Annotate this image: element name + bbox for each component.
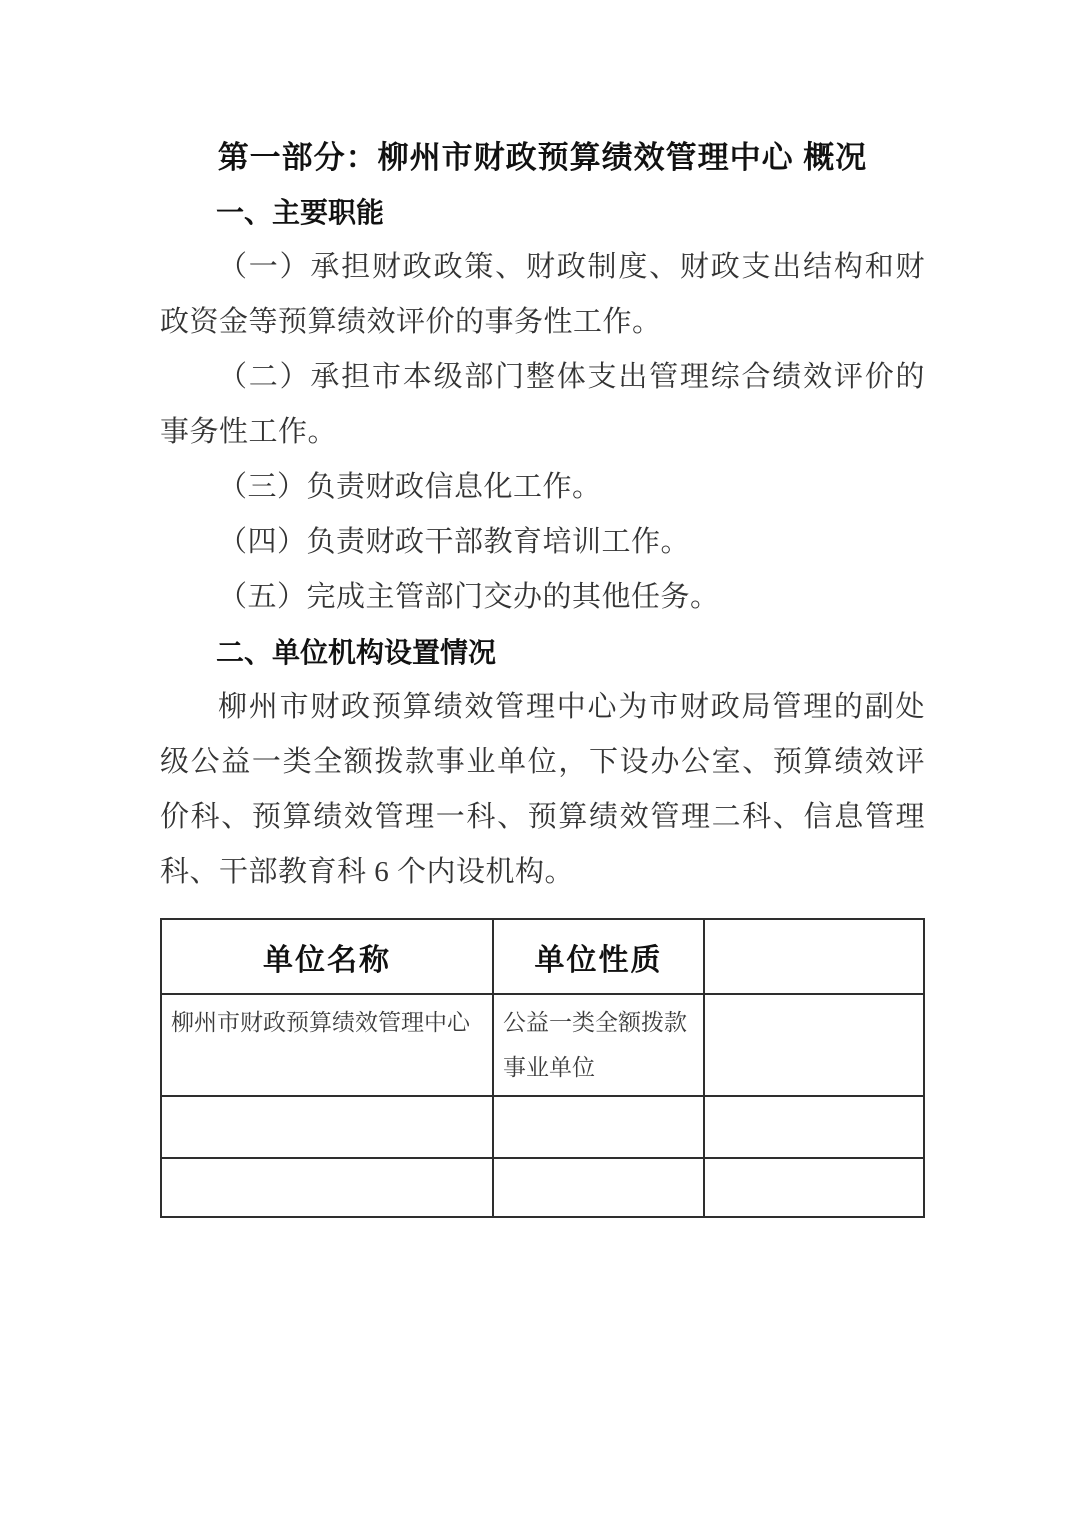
table-header-blank [704, 919, 924, 994]
duty-paragraph-3: （三）负责财政信息化工作。 [160, 460, 925, 515]
document-page: 第一部分：柳州市财政预算绩效管理中心 概况 一、主要职能 （一）承担财政政策、财… [0, 0, 1075, 1520]
org-table: 单位名称 单位性质 柳州市财政预算绩效管理中心 公益一类全额拨款事业单位 [160, 918, 925, 1218]
org-setup-paragraph: 柳州市财政预算绩效管理中心为市财政局管理的副处级公益一类全额拨款事业单位，下设办… [160, 680, 925, 900]
section-heading-main-duties: 一、主要职能 [160, 185, 925, 240]
table-header-row: 单位名称 单位性质 [161, 919, 924, 994]
duty-paragraph-2: （二）承担市本级部门整体支出管理综合绩效评价的事务性工作。 [160, 350, 925, 460]
table-cell-blank [704, 1096, 924, 1158]
table-cell-blank [493, 1096, 704, 1158]
duty-paragraph-1: （一）承担财政政策、财政制度、财政支出结构和财政资金等预算绩效评价的事务性工作。 [160, 240, 925, 350]
table-row: 柳州市财政预算绩效管理中心 公益一类全额拨款事业单位 [161, 994, 924, 1096]
document-content: 第一部分：柳州市财政预算绩效管理中心 概况 一、主要职能 （一）承担财政政策、财… [160, 130, 925, 1218]
table-cell-unit-name: 柳州市财政预算绩效管理中心 [161, 994, 493, 1096]
table-row [161, 1158, 924, 1217]
table-cell-blank [493, 1158, 704, 1217]
duty-paragraph-4: （四）负责财政干部教育培训工作。 [160, 515, 925, 570]
table-row [161, 1096, 924, 1158]
document-title: 第一部分：柳州市财政预算绩效管理中心 概况 [160, 130, 925, 185]
table-header-unit-name: 单位名称 [161, 919, 493, 994]
table-cell-blank [704, 1158, 924, 1217]
duty-paragraph-5: （五）完成主管部门交办的其他任务。 [160, 570, 925, 625]
table-cell-blank [161, 1158, 493, 1217]
table-cell-blank [161, 1096, 493, 1158]
table-cell-blank [704, 994, 924, 1096]
table-cell-unit-type: 公益一类全额拨款事业单位 [493, 994, 704, 1096]
table-header-unit-type: 单位性质 [493, 919, 704, 994]
section-heading-org-setup: 二、单位机构设置情况 [160, 625, 925, 680]
